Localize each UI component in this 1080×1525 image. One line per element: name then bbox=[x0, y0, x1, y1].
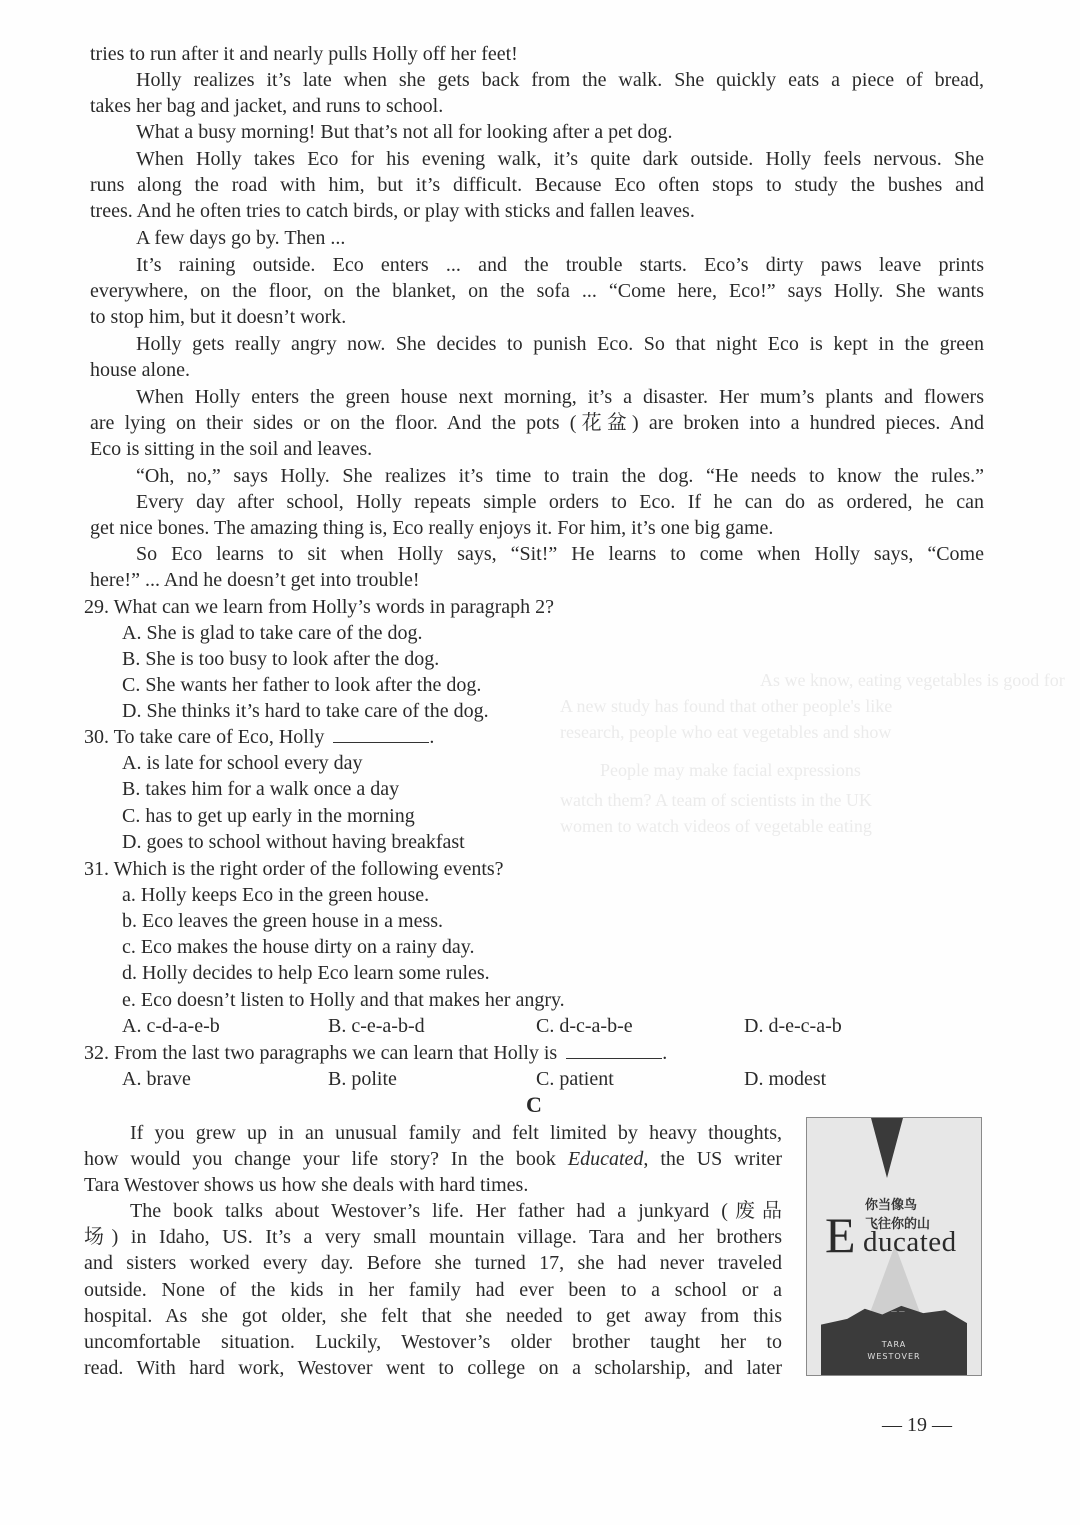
option-text: d-c-a-b-e bbox=[559, 1015, 632, 1037]
passage-b-line: Eco is sitting in the soil and leaves. bbox=[90, 436, 372, 462]
option-text: patient bbox=[559, 1068, 613, 1090]
question-stem: 31. Which is the right order of the foll… bbox=[84, 856, 504, 882]
event-text: Eco makes the house dirty on a rainy day… bbox=[141, 936, 475, 958]
answer-option-b: B. takes him for a walk once a day bbox=[122, 776, 399, 802]
passage-b-line: trees. And he often tries to catch birds… bbox=[90, 198, 695, 224]
cover-title-initial: E bbox=[825, 1210, 856, 1260]
question-text: From the last two paragraphs we can lear… bbox=[114, 1042, 557, 1064]
option-label: D. bbox=[744, 1068, 763, 1090]
event-text: Holly keeps Eco in the green house. bbox=[141, 884, 429, 906]
passage-c-line: The book talks about Westover’s life. He… bbox=[130, 1198, 782, 1224]
option-text: She is glad to take care of the dog. bbox=[146, 622, 422, 644]
option-text: She is too busy to look after the dog. bbox=[145, 648, 439, 670]
passage-b-line: runs along the road with him, but it’s d… bbox=[90, 172, 984, 198]
event-label: c. bbox=[122, 936, 136, 958]
passage-b-line: “Oh, no,” says Holly. She realizes it’s … bbox=[136, 463, 984, 489]
question-number: 29. bbox=[84, 596, 109, 618]
answer-option-a: A. c-d-a-e-b bbox=[122, 1013, 220, 1039]
cover-chinese-title-1: 你当像鸟 bbox=[865, 1194, 917, 1213]
answer-option-a: A. is late for school every day bbox=[122, 750, 363, 776]
cover-author-last: WESTOVER bbox=[807, 1352, 981, 1361]
answer-option-b: B. polite bbox=[328, 1066, 397, 1092]
option-text: polite bbox=[351, 1068, 397, 1090]
question-stem: 32. From the last two paragraphs we can … bbox=[84, 1040, 667, 1066]
option-text: takes him for a walk once a day bbox=[145, 778, 399, 800]
passage-b-line: tries to run after it and nearly pulls H… bbox=[90, 41, 518, 67]
book-title: Educated bbox=[568, 1148, 644, 1170]
line-text: , the US writer bbox=[643, 1148, 782, 1170]
answer-option-c: C. She wants her father to look after th… bbox=[122, 672, 481, 698]
cover-author-first: TARA bbox=[807, 1340, 981, 1349]
passage-b-line: get nice bones. The amazing thing is, Ec… bbox=[90, 515, 773, 541]
option-text: is late for school every day bbox=[146, 752, 362, 774]
pencil-tip-graphic bbox=[871, 1118, 903, 1178]
question-text: To take care of Eco, Holly bbox=[114, 726, 325, 748]
question-text: What can we learn from Holly’s words in … bbox=[114, 596, 554, 618]
answer-option-d: D. d-e-c-a-b bbox=[744, 1013, 842, 1039]
passage-c-line: how would you change your life story? In… bbox=[84, 1146, 782, 1172]
option-label: C. bbox=[536, 1068, 554, 1090]
answer-option-c: C. has to get up early in the morning bbox=[122, 803, 415, 829]
cover-translator-text: — — — bbox=[807, 1308, 981, 1315]
question-text: Which is the right order of the followin… bbox=[114, 858, 504, 880]
answer-option-b: B. c-e-a-b-d bbox=[328, 1013, 425, 1039]
event-text: Eco leaves the green house in a mess. bbox=[142, 910, 443, 932]
passage-b-line: A few days go by. Then ... bbox=[136, 225, 345, 251]
passage-c-line: outside. None of the kids in her family … bbox=[84, 1277, 782, 1303]
answer-option-a: A. brave bbox=[122, 1066, 191, 1092]
event-text: Eco doesn’t listen to Holly and that mak… bbox=[141, 989, 565, 1011]
event-item: c. Eco makes the house dirty on a rainy … bbox=[122, 934, 475, 960]
event-label: b. bbox=[122, 910, 137, 932]
exam-page: As we know, eating vegetables is good fo… bbox=[0, 0, 1080, 1525]
cover-title-rest: ducated bbox=[863, 1228, 957, 1257]
option-text: c-e-a-b-d bbox=[351, 1015, 424, 1037]
option-label: B. bbox=[328, 1015, 346, 1037]
question-number: 32. bbox=[84, 1042, 109, 1064]
answer-option-d: D. modest bbox=[744, 1066, 826, 1092]
option-text: goes to school without having breakfast bbox=[146, 831, 464, 853]
event-item: a. Holly keeps Eco in the green house. bbox=[122, 882, 429, 908]
passage-c-line: read. With hard work, Westover went to c… bbox=[84, 1355, 782, 1381]
passage-b-line: here!” ... And he doesn’t get into troub… bbox=[90, 567, 420, 593]
passage-b-line: When Holly takes Eco for his evening wal… bbox=[136, 146, 984, 172]
answer-blank bbox=[333, 728, 429, 743]
page-number: — 19 — bbox=[882, 1414, 952, 1437]
option-label: D. bbox=[122, 700, 141, 722]
option-label: C. bbox=[536, 1015, 554, 1037]
option-text: c-d-a-e-b bbox=[146, 1015, 219, 1037]
passage-b-line: to stop him, but it doesn’t work. bbox=[90, 304, 346, 330]
passage-b-line: house alone. bbox=[90, 357, 190, 383]
option-label: A. bbox=[122, 622, 141, 644]
passage-c-line: Tara Westover shows us how she deals wit… bbox=[84, 1172, 528, 1198]
option-label: A. bbox=[122, 1068, 141, 1090]
event-label: d. bbox=[122, 962, 137, 984]
passage-c-line: uncomfortable situation. Luckily, Westov… bbox=[84, 1329, 782, 1355]
passage-b-line: It’s raining outside. Eco enters ... and… bbox=[136, 252, 984, 278]
option-label: D. bbox=[744, 1015, 763, 1037]
question-number: 30. bbox=[84, 726, 109, 748]
passage-c-line: and sisters worked every day. Before she… bbox=[84, 1250, 782, 1276]
option-text: She thinks it’s hard to take care of the… bbox=[146, 700, 488, 722]
answer-option-c: C. d-c-a-b-e bbox=[536, 1013, 633, 1039]
option-label: B. bbox=[122, 648, 140, 670]
question-number: 31. bbox=[84, 858, 109, 880]
option-text: She wants her father to look after the d… bbox=[145, 674, 481, 696]
option-label: B. bbox=[122, 778, 140, 800]
event-item: d. Holly decides to help Eco learn some … bbox=[122, 960, 490, 986]
event-label: a. bbox=[122, 884, 136, 906]
passage-c-line: 场) in Idaho, US. It’s a very small mount… bbox=[84, 1224, 782, 1250]
passage-b-line: Holly gets really angry now. She decides… bbox=[136, 331, 984, 357]
question-stem: 29. What can we learn from Holly’s words… bbox=[84, 594, 554, 620]
passage-b-line: Holly realizes it’s late when she gets b… bbox=[136, 67, 984, 93]
question-stem: 30. To take care of Eco, Holly . bbox=[84, 724, 434, 750]
event-item: b. Eco leaves the green house in a mess. bbox=[122, 908, 443, 934]
option-text: brave bbox=[146, 1068, 190, 1090]
option-label: C. bbox=[122, 805, 140, 827]
option-label: C. bbox=[122, 674, 140, 696]
event-item: e. Eco doesn’t listen to Holly and that … bbox=[122, 987, 565, 1013]
passage-c-line: hospital. As she got older, she felt tha… bbox=[84, 1303, 782, 1329]
passage-b-line: When Holly enters the green house next m… bbox=[136, 384, 984, 410]
passage-b-line: What a busy morning! But that’s not all … bbox=[136, 119, 673, 145]
option-text: has to get up early in the morning bbox=[145, 805, 414, 827]
option-label: A. bbox=[122, 752, 141, 774]
answer-option-c: C. patient bbox=[536, 1066, 614, 1092]
option-label: D. bbox=[122, 831, 141, 853]
answer-option-d: D. goes to school without having breakfa… bbox=[122, 829, 465, 855]
line-text: how would you change your life story? In… bbox=[84, 1148, 568, 1170]
passage-c-line: If you grew up in an unusual family and … bbox=[130, 1120, 782, 1146]
passage-b-line: Every day after school, Holly repeats si… bbox=[136, 489, 984, 515]
section-heading-c: C bbox=[526, 1092, 542, 1118]
passage-b-line: takes her bag and jacket, and runs to sc… bbox=[90, 93, 443, 119]
option-text: d-e-c-a-b bbox=[768, 1015, 841, 1037]
answer-option-d: D. She thinks it’s hard to take care of … bbox=[122, 698, 489, 724]
answer-option-b: B. She is too busy to look after the dog… bbox=[122, 646, 439, 672]
answer-blank bbox=[566, 1044, 662, 1059]
answer-option-a: A. She is glad to take care of the dog. bbox=[122, 620, 422, 646]
book-cover-image: 你当像鸟 飞往你的山 E ducated — — — TARA WESTOVER bbox=[806, 1117, 982, 1376]
event-label: e. bbox=[122, 989, 136, 1011]
passage-b-line: everywhere, on the floor, on the blanket… bbox=[90, 278, 984, 304]
option-label: B. bbox=[328, 1068, 346, 1090]
event-text: Holly decides to help Eco learn some rul… bbox=[142, 962, 490, 984]
passage-b-line: are lying on their sides or on the floor… bbox=[90, 410, 984, 436]
passage-b-line: So Eco learns to sit when Holly says, “S… bbox=[136, 541, 984, 567]
option-label: A. bbox=[122, 1015, 141, 1037]
option-text: modest bbox=[768, 1068, 826, 1090]
